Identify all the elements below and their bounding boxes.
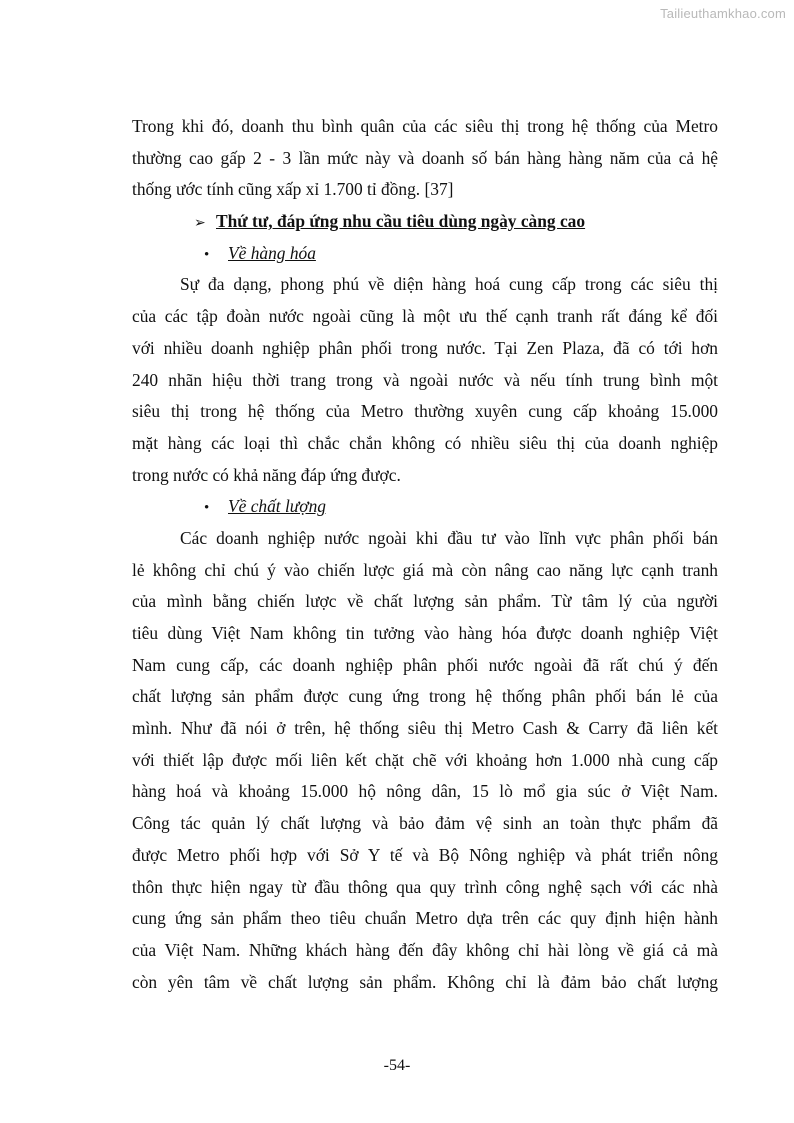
section-heading: ➢Thứ tư, đáp ứng nhu cầu tiêu dùng ngày … xyxy=(132,206,718,238)
text-line: mình. Như đã nói ở trên, hệ thống siêu t… xyxy=(132,713,718,745)
text-line: của Việt Nam. Những khách hàng đến đây k… xyxy=(132,935,718,967)
heading-text: Thứ tư, đáp ứng nhu cầu tiêu dùng ngày c… xyxy=(216,211,585,231)
arrow-bullet-icon: ➢ xyxy=(194,208,216,240)
watermark: Tailieuthamkhao.com xyxy=(660,6,786,21)
text-line: lẻ không chỉ chú ý vào chiến lược giá mà… xyxy=(132,555,718,587)
bullet-dot-icon: • xyxy=(204,240,228,272)
text-line: được Metro phối hợp với Sở Y tế và Bộ Nô… xyxy=(132,840,718,872)
document-page: Trong khi đó, doanh thu bình quân của cá… xyxy=(132,111,718,998)
text-line: tiêu dùng Việt Nam không tin tưởng vào h… xyxy=(132,618,718,650)
text-line: thường cao gấp 2 - 3 lần mức này và doan… xyxy=(132,143,718,175)
text-line: siêu thị trong hệ thống của Metro thường… xyxy=(132,396,718,428)
text-line: 240 nhãn hiệu thời trang trong và ngoài … xyxy=(132,365,718,397)
text-line: của các tập đoàn nước ngoài cũng là một … xyxy=(132,301,718,333)
text-line: thống ước tính cũng xấp xỉ 1.700 tỉ đồng… xyxy=(132,174,718,206)
text-line: Các doanh nghiệp nước ngoài khi đầu tư v… xyxy=(132,523,718,555)
text-line: chất lượng sản phẩm được cung ứng trong … xyxy=(132,681,718,713)
page-number: -54- xyxy=(0,1057,794,1075)
bullet-heading-goods: •Về hàng hóa xyxy=(132,238,718,270)
text-line: Nam cung cấp, các doanh nghiệp phân phối… xyxy=(132,650,718,682)
text-line: Sự đa dạng, phong phú về diện hàng hoá c… xyxy=(132,269,718,301)
paragraph-2: Sự đa dạng, phong phú về diện hàng hoá c… xyxy=(132,269,718,491)
text-line: với nhiều doanh nghiệp phân phối trong n… xyxy=(132,333,718,365)
bullet-text: Về chất lượng xyxy=(228,496,326,516)
text-line: mặt hàng các loại thì chắc chắn không có… xyxy=(132,428,718,460)
text-line: hàng hoá và khoảng 15.000 hộ nông dân, 1… xyxy=(132,776,718,808)
paragraph-3: Các doanh nghiệp nước ngoài khi đầu tư v… xyxy=(132,523,718,998)
bullet-text: Về hàng hóa xyxy=(228,243,316,263)
paragraph-1: Trong khi đó, doanh thu bình quân của cá… xyxy=(132,111,718,206)
text-line: cung ứng sản phẩm theo tiêu chuẩn Metro … xyxy=(132,903,718,935)
text-line: với thiết lập được mối liên kết chặt chẽ… xyxy=(132,745,718,777)
text-line: còn yên tâm về chất lượng sản phẩm. Khôn… xyxy=(132,967,718,999)
text-line: Công tác quản lý chất lượng và bảo đảm v… xyxy=(132,808,718,840)
text-line: của mình bằng chiến lược về chất lượng s… xyxy=(132,586,718,618)
bullet-heading-quality: •Về chất lượng xyxy=(132,491,718,523)
text-line: trong nước có khả năng đáp ứng được. xyxy=(132,460,718,492)
text-line: Trong khi đó, doanh thu bình quân của cá… xyxy=(132,111,718,143)
text-line: thôn thực hiện ngay từ đầu thông qua quy… xyxy=(132,872,718,904)
bullet-dot-icon: • xyxy=(204,493,228,525)
